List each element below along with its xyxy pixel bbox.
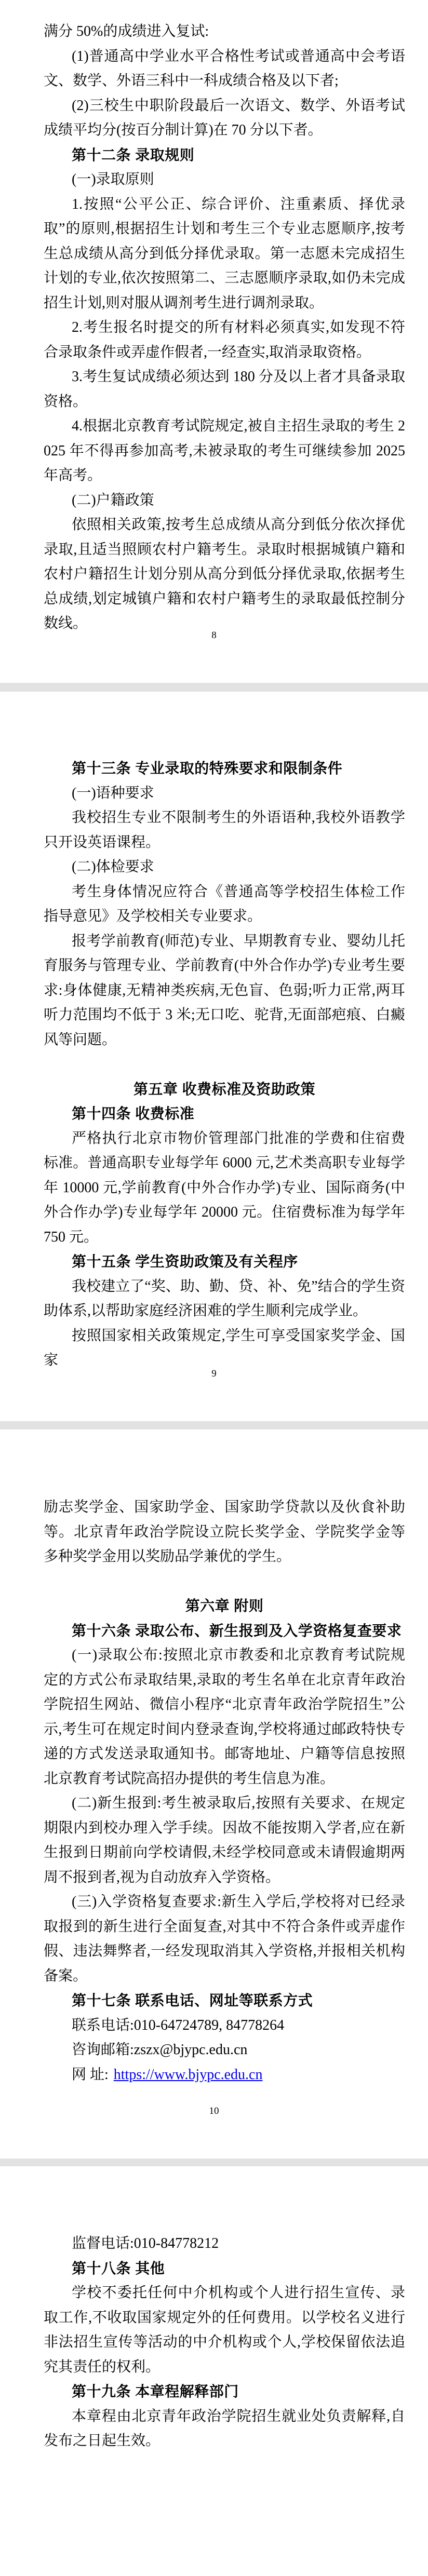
article-heading: 第十七条 联系电话、网址等联系方式 [44, 1988, 405, 2013]
article-heading: 第十九条 本章程解释部门 [44, 2379, 405, 2404]
page-separator [0, 1421, 428, 1429]
contact-line: 网 址:https://www.bjypc.edu.cn [44, 2062, 405, 2087]
contact-label: 网 址: [72, 2067, 109, 2083]
article-heading: 第十六条 录取公布、新生报到及入学资格复查要求 [44, 1619, 405, 1643]
paragraph: 我校建立了“奖、助、勤、贷、补、免”结合的学生资助体系,以帮助家庭经济困难的学生… [44, 1274, 405, 1324]
article-heading: 第十三条 专业录取的特殊要求和限制条件 [44, 756, 405, 781]
paragraph: (二)新生报到:考生被录取后,按照有关要求、在规定期限内到校办理入学手续。因故不… [44, 1791, 405, 1890]
article-heading: 第十四条 收费标准 [44, 1101, 405, 1126]
paragraph: (三)入学资格复查要求:新生入学后,学校将对已经录取报到的新生进行全面复查,对其… [44, 1890, 405, 1988]
paragraph-continuation: 满分 50%的成绩进入复试: [44, 19, 405, 44]
page-number: 10 [0, 2106, 428, 2116]
chapter-heading: 第五章 收费标准及资助政策 [44, 1077, 405, 1102]
paragraph: 考生身体情况应符合《普通高等学校招生体检工作指导意见》及学校相关专业要求。 [44, 880, 405, 929]
document-page: 第十三条 专业录取的特殊要求和限制条件(一)语种要求我校招生专业不限制考生的外语… [0, 692, 428, 1421]
page-number: 8 [0, 630, 428, 640]
paragraph: (二)体检要求 [44, 855, 405, 880]
paragraph: 本章程由北京青年政治学院招生就业处负责解释,自发布之日起生效。 [44, 2404, 405, 2453]
chapter-heading: 第六章 附则 [44, 1594, 405, 1619]
document-page: 励志奖学金、国家助学金、国家助学贷款以及伙食补助等。北京青年政治学院设立院长奖学… [0, 1429, 428, 2159]
article-heading: 第十二条 录取规则 [44, 143, 405, 168]
paragraph: 依照相关政策,按考生总成绩从高分到低分依次择优录取,且适当照顾农村户籍考生。录取… [44, 512, 405, 636]
contact-line: 咨询邮箱:zszx@bjypc.edu.cn [44, 2038, 405, 2062]
document-page: 监督电话:010-84778212第十八条 其他学校不委托任何中介机构或个人进行… [0, 2166, 428, 2576]
paragraph: 严格执行北京市物价管理部门批准的学费和住宿费标准。普通高职专业每学年 6000 … [44, 1126, 405, 1250]
paragraph: (1)普通高中学业水平合格性考试或普通高中会考语文、数学、外语三科中一科成绩合格… [44, 44, 405, 93]
article-heading: 第十八条 其他 [44, 2256, 405, 2281]
paragraph: 报考学前教育(师范)专业、早期教育专业、婴幼儿托育服务与管理专业、学前教育(中外… [44, 929, 405, 1053]
paragraph: (二)户籍政策 [44, 488, 405, 513]
page-separator [0, 2159, 428, 2166]
paragraph: (2)三校生中职阶段最后一次语文、数学、外语考试成绩平均分(按百分制计算)在 7… [44, 93, 405, 143]
paragraph: (一)录取原则 [44, 167, 405, 192]
article-heading: 第十五条 学生资助政策及有关程序 [44, 1249, 405, 1274]
paragraph: 4.根据北京教育考试院规定,被自主招生录取的考生 2025 年不得再参加高考,未… [44, 414, 405, 488]
paragraph: 2.考生报名时提交的所有材料必须真实,如发现不符合录取条件或弄虚作假者,一经查实… [44, 315, 405, 365]
page-number: 9 [0, 1369, 428, 1379]
paragraph: (一)录取公布:按照北京市教委和北京教育考试院规定的方式公布录取结果,录取的考生… [44, 1643, 405, 1791]
contact-line: 监督电话:010-84778212 [44, 2231, 405, 2256]
website-link[interactable]: https://www.bjypc.edu.cn [114, 2067, 263, 2083]
paragraph: 我校招生专业不限制考生的外语语种,我校外语教学只开设英语课程。 [44, 805, 405, 855]
paragraph: 1.按照“公平公正、综合评价、注重素质、择优录取”的原则,根据招生计划和考生三个… [44, 192, 405, 316]
paragraph: 3.考生复试成绩必须达到 180 分及以上者才具备录取资格。 [44, 365, 405, 414]
paragraph: 学校不委托任何中介机构或个人进行招生宣传、录取工作,不收取国家规定外的任何费用。… [44, 2281, 405, 2379]
document-page: 满分 50%的成绩进入复试:(1)普通高中学业水平合格性考试或普通高中会考语文、… [0, 0, 428, 683]
page-separator [0, 683, 428, 692]
contact-line: 联系电话:010-64724789, 84778264 [44, 2013, 405, 2038]
paragraph: (一)语种要求 [44, 781, 405, 806]
paragraph: 按照国家相关政策规定,学生可享受国家奖学金、国家 [44, 1324, 405, 1373]
document-viewer: 满分 50%的成绩进入复试:(1)普通高中学业水平合格性考试或普通高中会考语文、… [0, 0, 428, 2576]
paragraph-continuation: 励志奖学金、国家助学金、国家助学贷款以及伙食补助等。北京青年政治学院设立院长奖学… [44, 1495, 405, 1569]
